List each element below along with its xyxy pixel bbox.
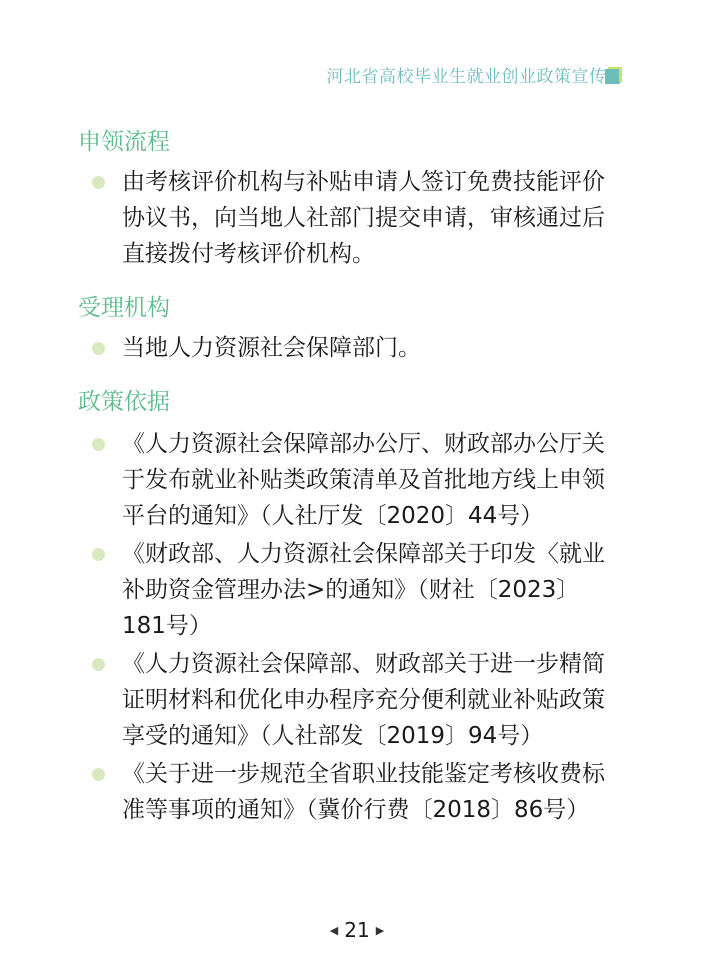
bullet-dot-icon <box>92 342 105 355</box>
bullet-dot-icon <box>92 176 105 189</box>
bullet-dot-icon <box>92 548 105 561</box>
running-header: 河北省高校毕业生就业创业政策宣传册 <box>327 62 625 87</box>
section-title: 申领流程 <box>78 126 618 158</box>
booklet-title: 河北省高校毕业生就业创业政策宣传册 <box>327 62 625 87</box>
list-item-text: 由考核评价机构与补贴申请人签订免费技能评价协议书，向当地人社部门提交申请，审核通… <box>122 169 605 267</box>
list-item-text: 《财政部、人力资源社会保障部关于印发〈就业补助资金管理办法>的通知》（财社〔20… <box>122 541 605 639</box>
section-title: 政策依据 <box>78 386 618 418</box>
section-policy-basis: 政策依据 《人力资源社会保障部办公厅、财政部办公厅关于发布就业补贴类政策清单及首… <box>78 386 618 828</box>
header-square-front <box>605 69 619 84</box>
list-item: 《人力资源社会保障部、财政部关于进一步精简证明材料和优化申办程序充分便利就业补贴… <box>78 646 618 754</box>
page-content: 申领流程 由考核评价机构与补贴申请人签订免费技能评价协议书，向当地人社部门提交申… <box>78 126 618 830</box>
header-square-icon <box>605 67 622 84</box>
list-item: 《人力资源社会保障部办公厅、财政部办公厅关于发布就业补贴类政策清单及首批地方线上… <box>78 426 618 534</box>
list-item-text: 《人力资源社会保障部办公厅、财政部办公厅关于发布就业补贴类政策清单及首批地方线上… <box>122 431 605 529</box>
bullet-dot-icon <box>92 438 105 451</box>
bullet-dot-icon <box>92 768 105 781</box>
list-item-text: 当地人力资源社会保障部门。 <box>122 335 421 361</box>
bullet-list: 《人力资源社会保障部办公厅、财政部办公厅关于发布就业补贴类政策清单及首批地方线上… <box>78 426 618 828</box>
next-page-icon[interactable]: ▶ <box>376 924 384 937</box>
section-title: 受理机构 <box>78 292 618 324</box>
page-number: 21 <box>344 918 369 942</box>
list-item-text: 《关于进一步规范全省职业技能鉴定考核收费标准等事项的通知》（冀价行费〔2018〕… <box>122 761 605 823</box>
section-handling-agency: 受理机构 当地人力资源社会保障部门。 <box>78 292 618 366</box>
list-item-text: 《人力资源社会保障部、财政部关于进一步精简证明材料和优化申办程序充分便利就业补贴… <box>122 651 605 749</box>
bullet-dot-icon <box>92 658 105 671</box>
bullet-list: 由考核评价机构与补贴申请人签订免费技能评价协议书，向当地人社部门提交申请，审核通… <box>78 164 618 272</box>
list-item: 当地人力资源社会保障部门。 <box>78 330 618 366</box>
list-item: 由考核评价机构与补贴申请人签订免费技能评价协议书，向当地人社部门提交申请，审核通… <box>78 164 618 272</box>
bullet-list: 当地人力资源社会保障部门。 <box>78 330 618 366</box>
list-item: 《财政部、人力资源社会保障部关于印发〈就业补助资金管理办法>的通知》（财社〔20… <box>78 536 618 644</box>
page-navigation: ◀ 21 ▶ <box>0 918 714 942</box>
list-item: 《关于进一步规范全省职业技能鉴定考核收费标准等事项的通知》（冀价行费〔2018〕… <box>78 756 618 828</box>
section-application-process: 申领流程 由考核评价机构与补贴申请人签订免费技能评价协议书，向当地人社部门提交申… <box>78 126 618 272</box>
prev-page-icon[interactable]: ◀ <box>330 924 338 937</box>
